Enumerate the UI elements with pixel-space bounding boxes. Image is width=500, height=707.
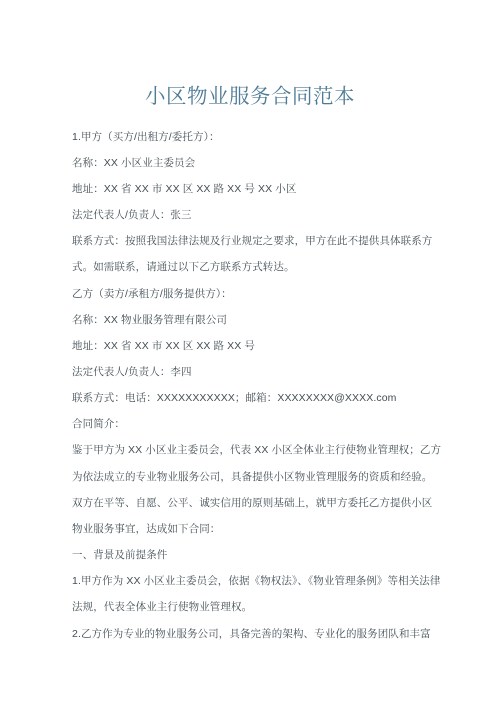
document-line: 法定代表人/负责人：李四 bbox=[72, 358, 460, 384]
document-line: 2.乙方作为专业的物业服务公司，具备完善的架构、专业化的服务团队和丰富 bbox=[72, 620, 460, 646]
document-line: 法规，代表全体业主行使物业管理权。 bbox=[72, 594, 460, 620]
document-line: 式。如需联系，请通过以下乙方联系方式转达。 bbox=[72, 254, 460, 280]
document-line: 名称：XX 物业服务管理有限公司 bbox=[72, 306, 460, 332]
document-line: 双方在平等、自愿、公平、诚实信用的原则基础上，就甲方委托乙方提供小区 bbox=[72, 489, 460, 515]
document-line: 1.甲方作为 XX 小区业主委员会，依据《物权法》、《物业管理条例》等相关法律 bbox=[72, 568, 460, 594]
document-line: 法定代表人/负责人：张三 bbox=[72, 201, 460, 227]
document-line: 为依法成立的专业物业服务公司，具备提供小区物业管理服务的资质和经验。 bbox=[72, 463, 460, 489]
document-line: 物业服务事宜，达成如下合同： bbox=[72, 515, 460, 541]
document-line: 合同简介： bbox=[72, 411, 460, 437]
document-page: 小区物业服务合同范本 1.甲方（买方/出租方/委托方）： 名称：XX 小区业主委… bbox=[0, 0, 500, 707]
document-line: 地址：XX 省 XX 市 XX 区 XX 路 XX 号 XX 小区 bbox=[72, 175, 460, 201]
document-title: 小区物业服务合同范本 bbox=[0, 83, 500, 111]
document-line: 联系方式：电话：XXXXXXXXXXX；邮箱：XXXXXXXX@XXXX.com bbox=[72, 385, 460, 411]
document-line: 地址：XX 省 XX 市 XX 区 XX 路 XX 号 bbox=[72, 332, 460, 358]
document-line: 乙方（卖方/承租方/服务提供方）： bbox=[72, 280, 460, 306]
document-line: 联系方式：按照我国法律法规及行业规定之要求，甲方在此不提供具体联系方 bbox=[72, 228, 460, 254]
document-line: 1.甲方（买方/出租方/委托方）： bbox=[72, 123, 460, 149]
document-line: 鉴于甲方为 XX 小区业主委员会，代表 XX 小区全体业主行使物业管理权；乙方 bbox=[72, 437, 460, 463]
document-body: 1.甲方（买方/出租方/委托方）： 名称：XX 小区业主委员会 地址：XX 省 … bbox=[72, 123, 460, 646]
document-line: 名称：XX 小区业主委员会 bbox=[72, 149, 460, 175]
document-line-section-heading: 一、背景及前提条件 bbox=[72, 542, 460, 568]
